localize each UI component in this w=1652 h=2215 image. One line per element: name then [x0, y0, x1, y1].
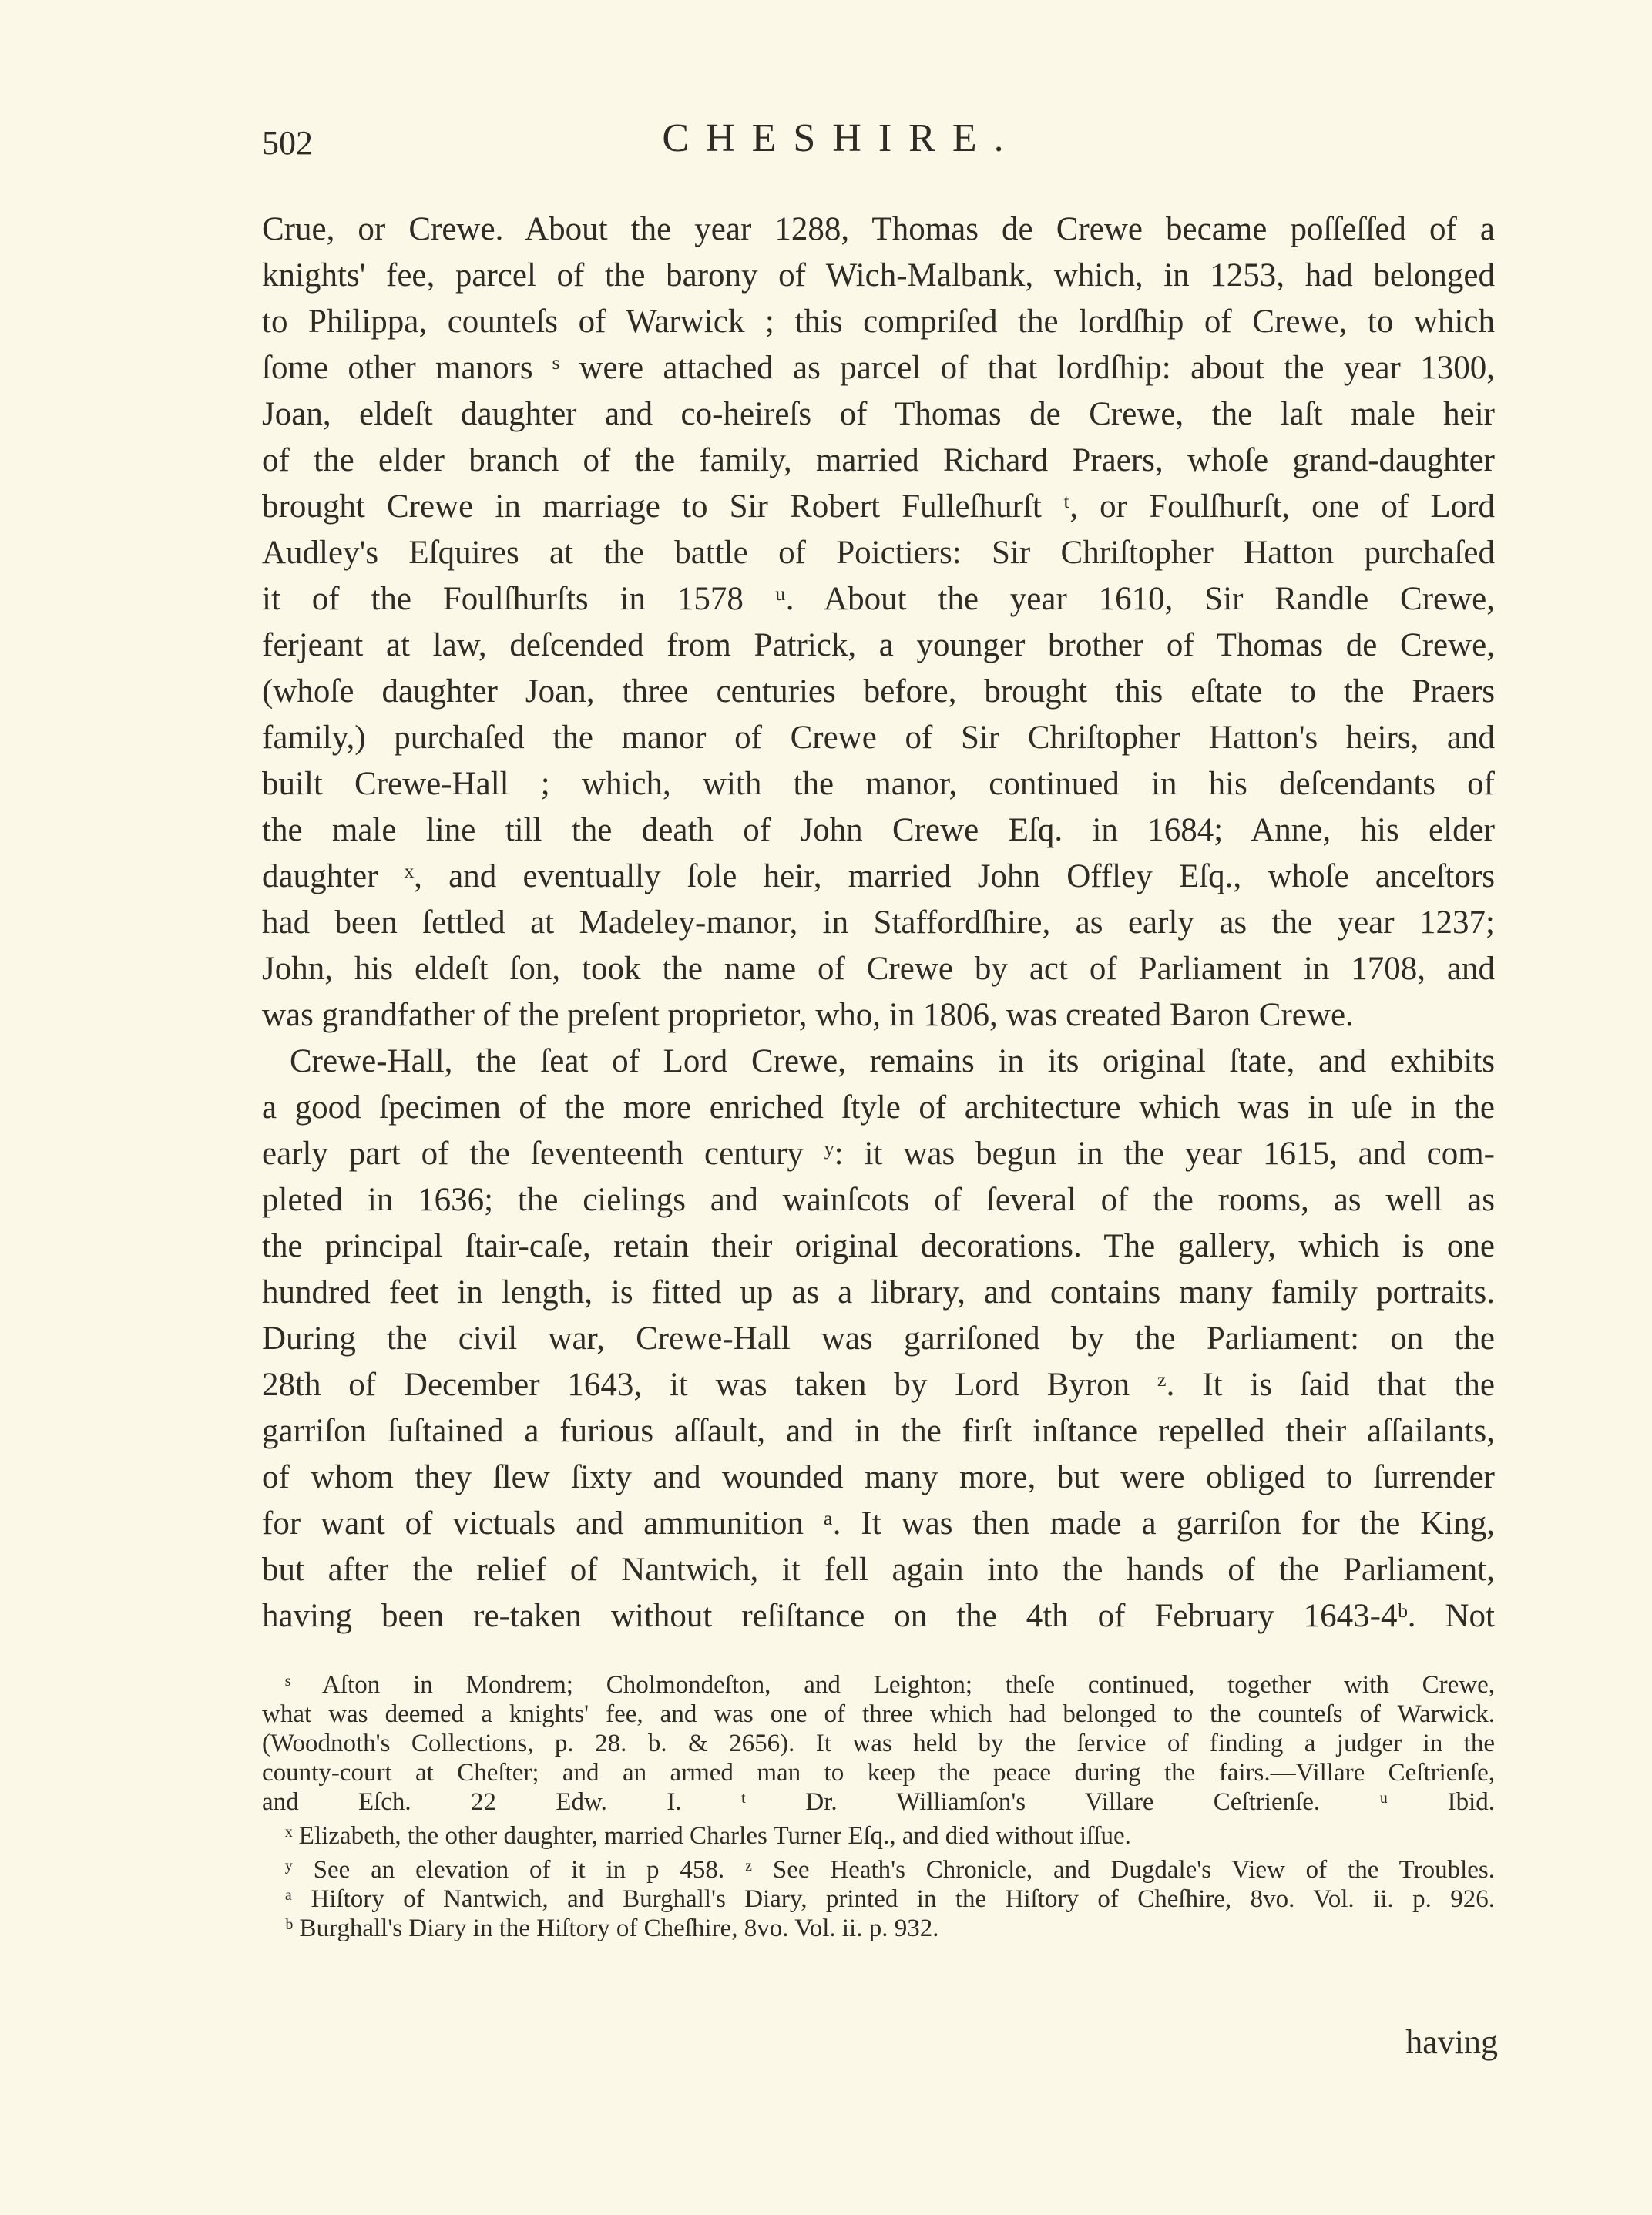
body-line: brought Crewe in marriage to Sir Robert … [262, 484, 1495, 530]
body-line: ſome other manors ˢ were attached as par… [262, 345, 1495, 391]
body-line: was grandfather of the preſent proprieto… [262, 992, 1495, 1039]
body-line: Crewe-Hall, the ſeat of Lord Crewe, rema… [262, 1039, 1495, 1085]
body-line: the male line till the death of John Cre… [262, 807, 1495, 854]
footnote-a: ᵃ Hiſtory of Nantwich, and Burghall's Di… [262, 1884, 1495, 1914]
body-line: a good ſpecimen of the more enriched ſty… [262, 1085, 1495, 1131]
body-line: Audley's Eſquires at the battle of Poict… [262, 530, 1495, 576]
body-line: ferjeant at law, deſcended from Patrick,… [262, 623, 1495, 669]
body-line: knights' fee, parcel of the barony of Wi… [262, 253, 1495, 299]
body-text: Crue, or Crewe. About the year 1288, Tho… [262, 206, 1495, 1639]
catchword: having [1405, 2022, 1498, 2062]
body-line: the principal ſtair-caſe, retain their o… [262, 1223, 1495, 1270]
body-line: had been ſettled at Madeley-manor, in St… [262, 900, 1495, 946]
body-line: of the elder branch of the family, marri… [262, 438, 1495, 484]
body-line: garriſon ſuſtained a furious aſſault, an… [262, 1408, 1495, 1455]
body-line: for want of victuals and ammunition ᵃ. I… [262, 1501, 1495, 1547]
body-line: (whoſe daughter Joan, three centuries be… [262, 669, 1495, 715]
body-line: of whom they ſlew ſixty and wounded many… [262, 1455, 1495, 1501]
body-line: early part of the ſeventeenth century ʸ:… [262, 1131, 1495, 1177]
footnote-x: ˣ Elizabeth, the other daughter, married… [262, 1821, 1495, 1851]
footnote-s-cont: county-court at Cheſter; and an armed ma… [262, 1758, 1495, 1787]
body-line: During the civil war, Crewe-Hall was gar… [262, 1316, 1495, 1362]
body-line: 28th of December 1643, it was taken by L… [262, 1362, 1495, 1408]
body-line: to Philippa, counteſs of Warwick ; this … [262, 299, 1495, 345]
body-line: Joan, eldeſt daughter and co-heireſs of … [262, 391, 1495, 438]
body-line: built Crewe-Hall ; which, with the manor… [262, 761, 1495, 807]
body-line: daughter ˣ, and eventually ſole heir, ma… [262, 854, 1495, 900]
body-line: Crue, or Crewe. About the year 1288, Tho… [262, 206, 1495, 253]
footnote-y-z: ʸ See an elevation of it in p 458. ᶻ See… [262, 1855, 1495, 1884]
body-line: having been re-taken without reſiſtance … [262, 1593, 1495, 1639]
footnote-s: ˢ Aſton in Mondrem; Cholmondeſton, and L… [262, 1670, 1495, 1700]
body-line: it of the Foulſhurſts in 1578 ᵘ. About t… [262, 576, 1495, 623]
footnote-b: ᵇ Burghall's Diary in the Hiſtory of Che… [262, 1914, 1495, 1943]
body-line: John, his eldeſt ſon, took the name of C… [262, 946, 1495, 992]
footnotes: ˢ Aſton in Mondrem; Cholmondeſton, and L… [262, 1670, 1495, 1943]
body-line: family,) purchaſed the manor of Crewe of… [262, 715, 1495, 761]
body-line: pleted in 1636; the cielings and wainſco… [262, 1177, 1495, 1223]
footnote-s-cont: (Woodnoth's Collections, p. 28. b. & 265… [262, 1729, 1495, 1758]
footnote-s-cont: what was deemed a knights' fee, and was … [262, 1700, 1495, 1729]
running-head: CHESHIRE. [0, 116, 1652, 161]
body-line: hundred feet in length, is fitted up as … [262, 1270, 1495, 1316]
footnote-s-t-u: and Eſch. 22 Edw. I. ᵗ Dr. Williamſon's … [262, 1787, 1495, 1817]
body-line: but after the relief of Nantwich, it fel… [262, 1547, 1495, 1593]
